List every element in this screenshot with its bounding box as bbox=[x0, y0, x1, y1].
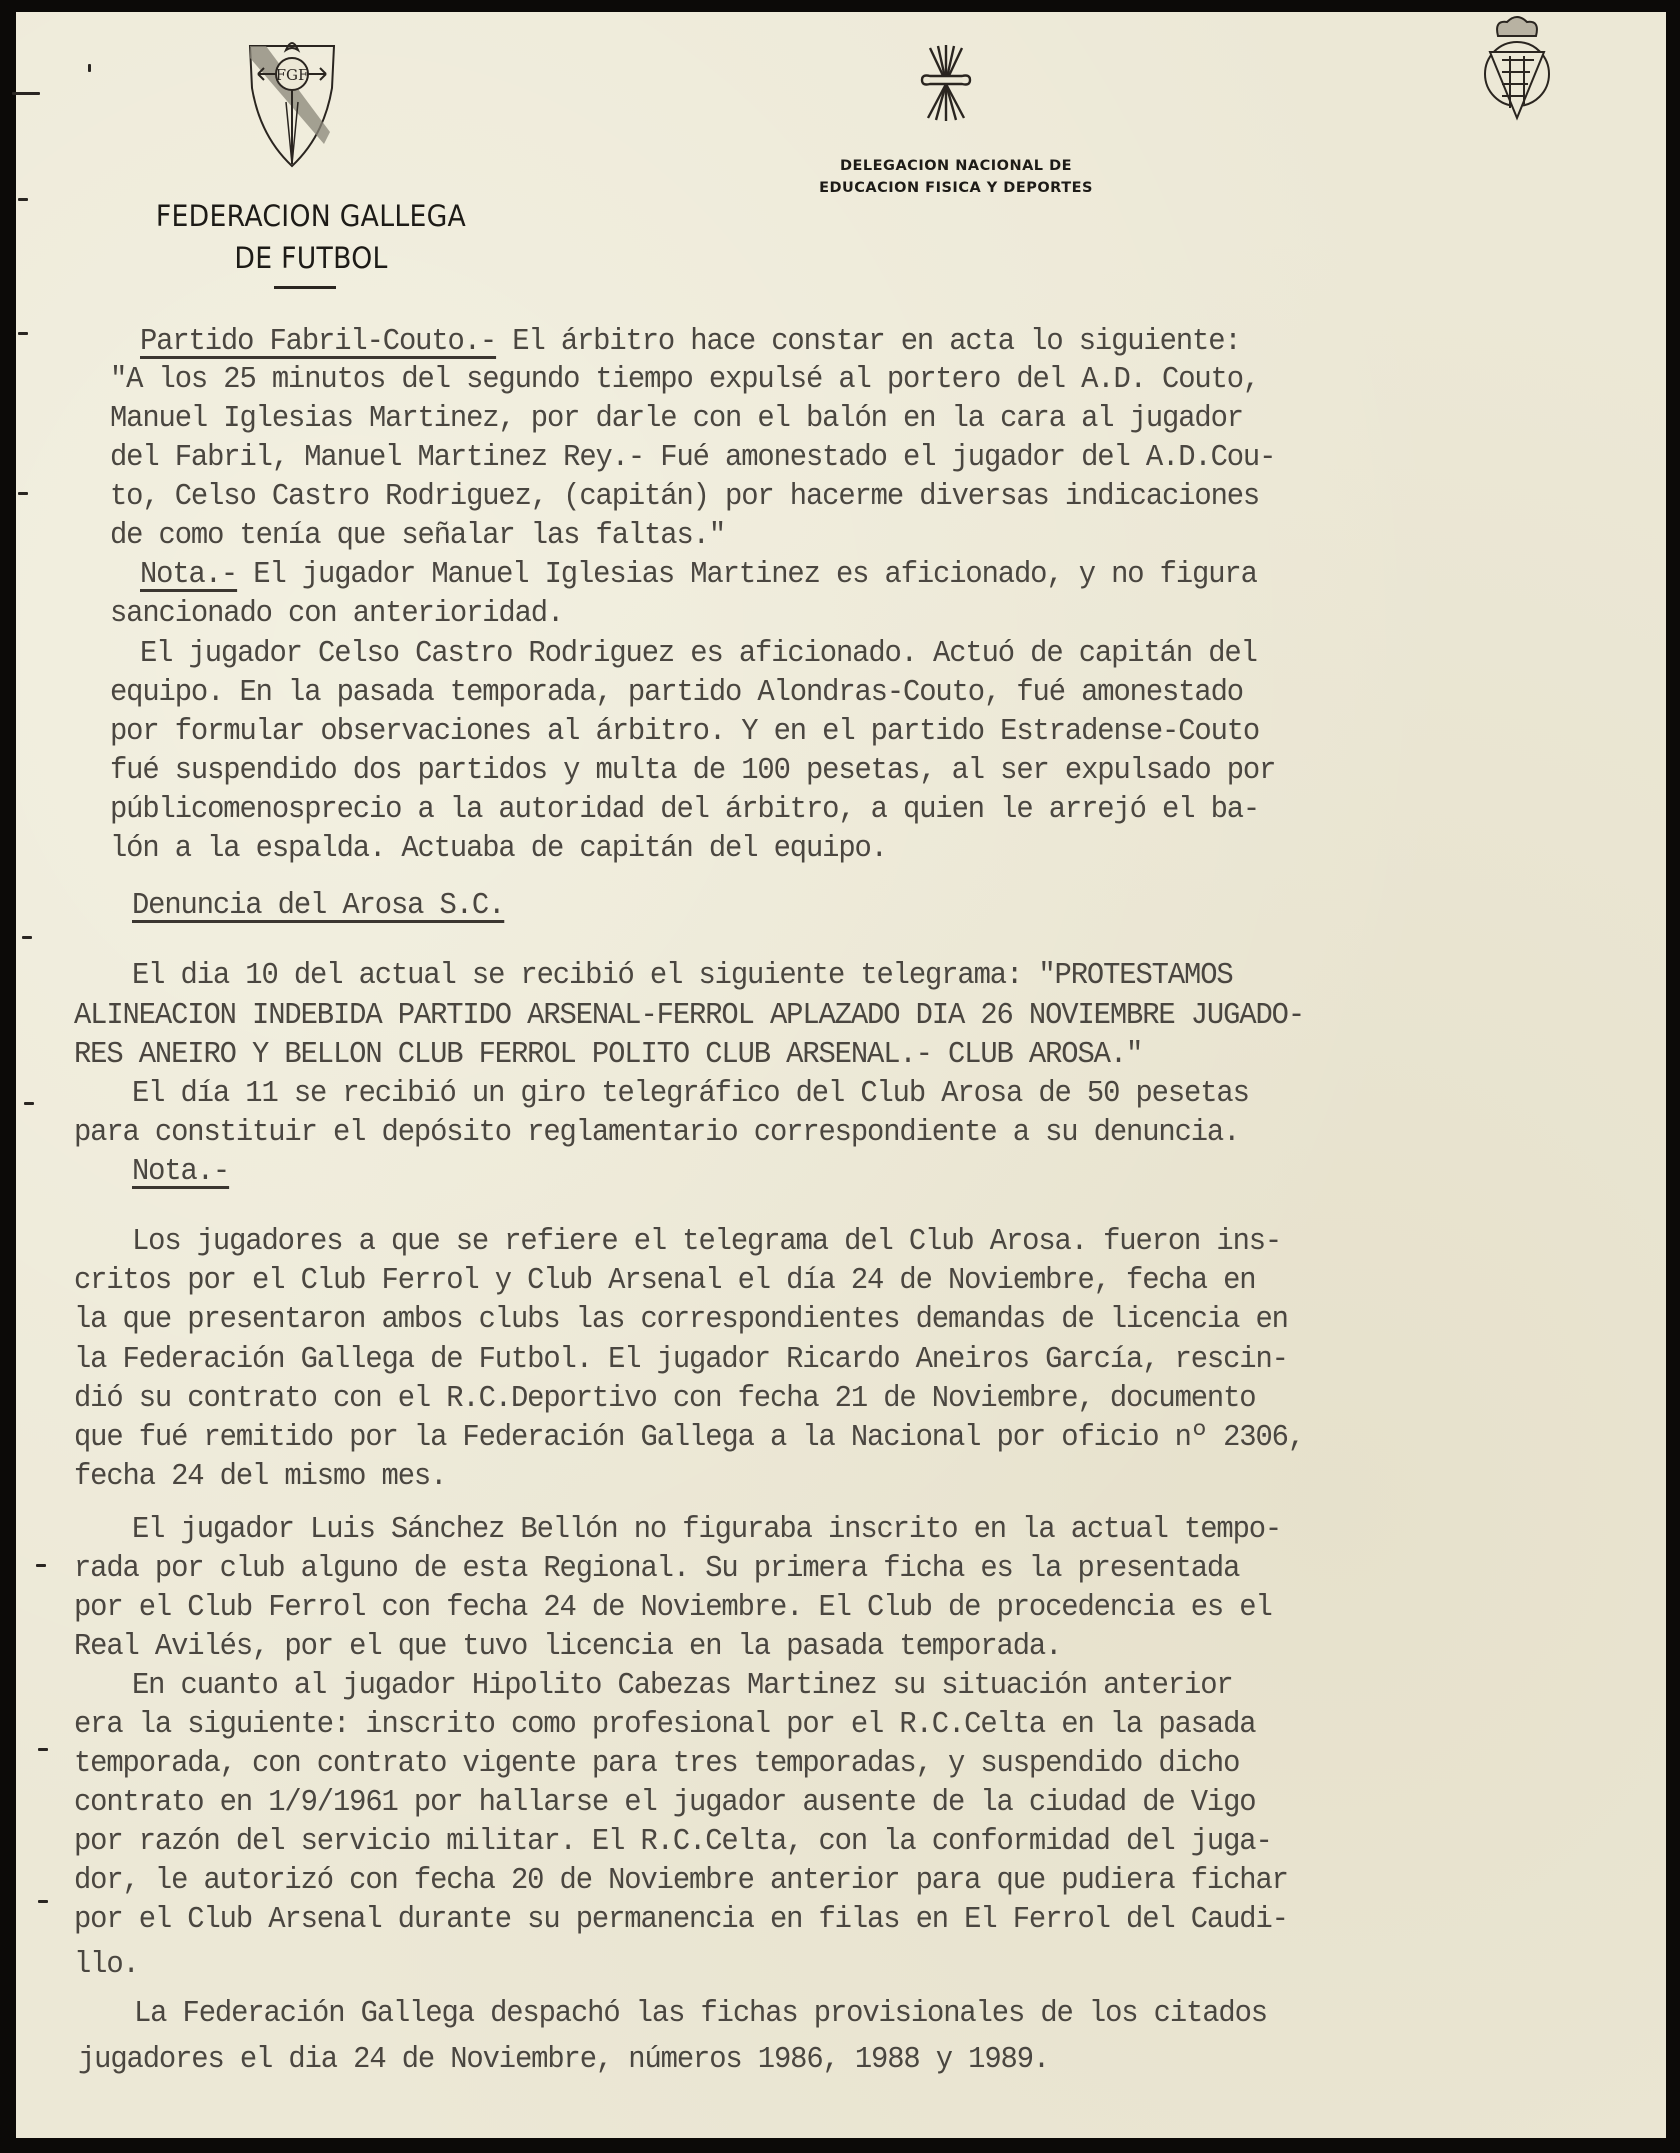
federation-name-line2: DE FUTBOL bbox=[127, 237, 495, 279]
text-line: contrato en 1/9/1961 por hallarse el jug… bbox=[74, 1785, 1255, 1820]
text-line: dió su contrato con el R.C.Deportivo con… bbox=[74, 1381, 1255, 1416]
text-line: era la siguiente: inscrito como profesio… bbox=[74, 1707, 1255, 1742]
binding-mark bbox=[22, 936, 32, 939]
text-line: dor, le autorizó con fecha 20 de Noviemb… bbox=[74, 1863, 1288, 1898]
note-heading-line: Nota.- bbox=[132, 1154, 229, 1189]
yoke-and-arrows-icon bbox=[916, 42, 976, 122]
note-heading-line: Nota.- El jugador Manuel Iglesias Martin… bbox=[140, 557, 1257, 592]
text-line: fecha 24 del mismo mes. bbox=[74, 1459, 446, 1494]
text-line: la que presentaron ambos clubs las corre… bbox=[74, 1302, 1288, 1337]
text-line: Manuel Iglesias Martinez, por darle con … bbox=[110, 401, 1243, 436]
binding-mark bbox=[12, 92, 40, 95]
text-line: por razón del servicio militar. El R.C.C… bbox=[74, 1824, 1272, 1859]
text-line: públicomenosprecio a la autoridad del ár… bbox=[110, 792, 1259, 827]
binding-mark bbox=[24, 1102, 34, 1105]
section-heading-denuncia: Denuncia del Arosa S.C. bbox=[132, 888, 504, 923]
text-line: En cuanto al jugador Hipolito Cabezas Ma… bbox=[132, 1668, 1233, 1703]
delegation-name: DELEGACION NACIONAL DE EDUCACION FISICA … bbox=[776, 155, 1136, 199]
text-line: equipo. En la pasada temporada, partido … bbox=[110, 675, 1243, 710]
text-line: por el Club Ferrol con fecha 24 de Novie… bbox=[74, 1590, 1272, 1625]
svg-text:FGF: FGF bbox=[276, 66, 309, 84]
text-line: lón a la espalda. Actuaba de capitán del… bbox=[110, 831, 887, 866]
royal-crown-federation-icon bbox=[1472, 12, 1562, 124]
text-line: de como tenía que señalar las faltas." bbox=[110, 518, 725, 553]
text-line: llo. bbox=[74, 1947, 139, 1982]
text-line: ALINEACION INDEBIDA PARTIDO ARSENAL-FERR… bbox=[74, 998, 1304, 1033]
text-line: sancionado con anterioridad. bbox=[110, 596, 563, 631]
text-line: RES ANEIRO Y BELLON CLUB FERROL POLITO C… bbox=[74, 1037, 1142, 1072]
text-line: critos por el Club Ferrol y Club Arsenal… bbox=[74, 1263, 1255, 1298]
text-line: "A los 25 minutos del segundo tiempo exp… bbox=[110, 362, 1259, 397]
text-line: por el Club Arsenal durante su permanenc… bbox=[74, 1902, 1288, 1937]
document-page: FGF FEDERACION GALLEGA DE FUTBOL bbox=[16, 12, 1666, 2138]
note-heading: Nota.- bbox=[132, 1154, 229, 1189]
text-line: por formular observaciones al árbitro. Y… bbox=[110, 714, 1259, 749]
text-line: para constituir el depósito reglamentari… bbox=[74, 1115, 1239, 1150]
federation-name: FEDERACION GALLEGA DE FUTBOL bbox=[127, 195, 495, 279]
text-line: La Federación Gallega despachó las ficha… bbox=[134, 1996, 1267, 2031]
text-line: El jugador Manuel Iglesias Martinez es a… bbox=[237, 557, 1257, 592]
delegation-line1: DELEGACION NACIONAL DE bbox=[776, 155, 1136, 177]
text-line: Los jugadores a que se refiere el telegr… bbox=[132, 1224, 1281, 1259]
text-line: El jugador Celso Castro Rodriguez es afi… bbox=[140, 636, 1257, 671]
delegation-line2: EDUCACION FISICA Y DEPORTES bbox=[776, 177, 1136, 199]
text-line: rada por club alguno de esta Regional. S… bbox=[74, 1551, 1239, 1586]
text-line: que fué remitido por la Federación Galle… bbox=[74, 1420, 1304, 1455]
text-line: El árbitro hace constar en acta lo sigui… bbox=[496, 324, 1241, 359]
section-heading-line: Denuncia del Arosa S.C. bbox=[132, 888, 504, 923]
note-heading: Nota.- bbox=[140, 557, 237, 592]
text-line: El dia 10 del actual se recibió el sigui… bbox=[132, 958, 1233, 993]
section-heading-line: Partido Fabril-Couto.- El árbitro hace c… bbox=[140, 324, 1241, 359]
letterhead-divider bbox=[274, 286, 336, 289]
text-line: temporada, con contrato vigente para tre… bbox=[74, 1746, 1239, 1781]
text-line: El día 11 se recibió un giro telegráfico… bbox=[132, 1076, 1249, 1111]
text-line: la Federación Gallega de Futbol. El juga… bbox=[74, 1342, 1288, 1377]
text-line: jugadores el dia 24 de Noviembre, número… bbox=[78, 2042, 1049, 2077]
binding-mark bbox=[38, 1900, 48, 1903]
text-line: El jugador Luis Sánchez Bellón no figura… bbox=[132, 1512, 1281, 1547]
section-heading-partido: Partido Fabril-Couto.- bbox=[140, 324, 496, 359]
federation-name-line1: FEDERACION GALLEGA bbox=[127, 195, 495, 237]
federacion-gallega-shield-icon: FGF bbox=[244, 32, 340, 172]
ink-speck bbox=[88, 64, 91, 72]
text-line: to, Celso Castro Rodriguez, (capitán) po… bbox=[110, 479, 1259, 514]
binding-mark bbox=[38, 1748, 48, 1751]
binding-mark bbox=[18, 332, 28, 335]
text-line: fué suspendido dos partidos y multa de 1… bbox=[110, 753, 1275, 788]
binding-mark bbox=[18, 492, 28, 495]
text-line: Real Avilés, por el que tuvo licencia en… bbox=[74, 1629, 1061, 1664]
binding-mark bbox=[18, 198, 28, 201]
text-line: del Fabril, Manuel Martinez Rey.- Fué am… bbox=[110, 440, 1275, 475]
binding-mark bbox=[36, 1564, 46, 1567]
